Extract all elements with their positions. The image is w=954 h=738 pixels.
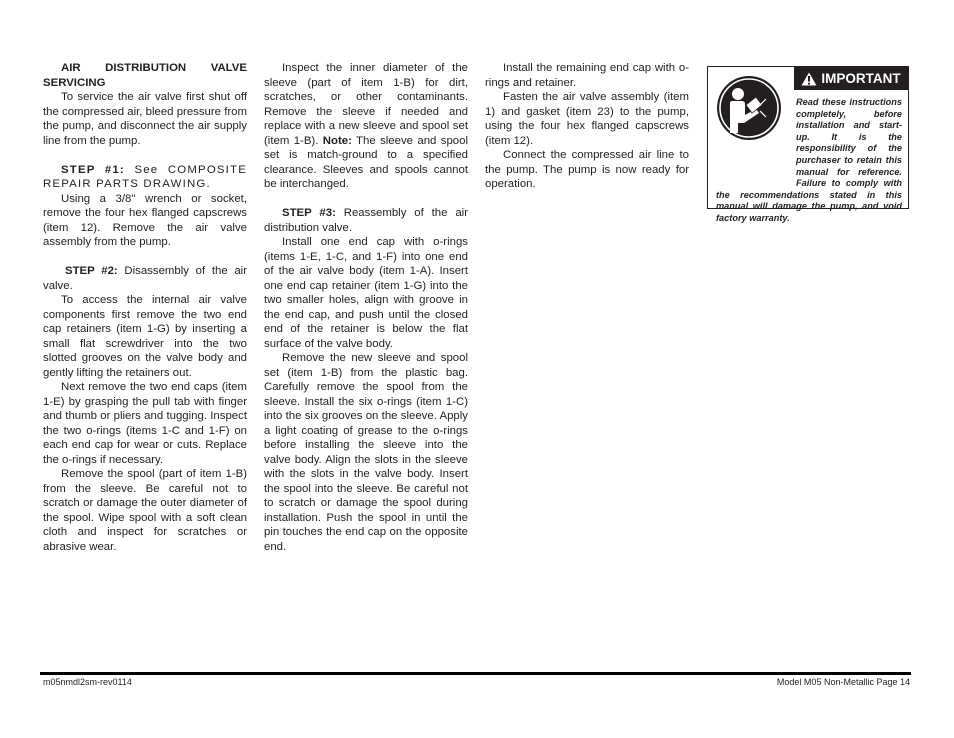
step-3-paragraph: Remove the new sleeve and spool set (ite… (264, 351, 468, 554)
warning-triangle-icon (801, 72, 817, 86)
page-label: Model M05 Non-Metallic Page 14 (777, 677, 910, 687)
column-3: Install the remaining end cap with o-rin… (485, 61, 689, 192)
step-1-body: Using a 3/8" wrench or socket, remove th… (43, 192, 247, 250)
document-id: m05nmdl2sm-rev0114 (43, 677, 132, 687)
step-2-paragraph: To access the internal air valve compone… (43, 293, 247, 380)
reassembly-paragraph: Install the remaining end cap with o-rin… (485, 61, 689, 90)
step-2-paragraph: Next remove the two end caps (item 1-E) … (43, 380, 247, 467)
step-3-paragraph: Install one end cap with o-rings (items … (264, 235, 468, 351)
step-2: STEP #2: Disassembly of the air valve. (43, 264, 247, 293)
important-header: IMPORTANT (794, 67, 908, 90)
step-3-label: STEP #3: (282, 207, 336, 219)
step-1-label: STEP #1: (61, 164, 125, 176)
column-2: Inspect the inner diameter of the sleeve… (264, 61, 468, 554)
footer-rule (40, 672, 911, 675)
step-1: STEP #1: See COMPOSITE REPAIR PARTS DRAW… (43, 163, 247, 192)
section-heading: AIR DISTRIBUTION VALVE SERVICING (43, 61, 247, 90)
step-2-paragraph: Remove the spool (part of item 1-B) from… (43, 467, 247, 554)
step-3: STEP #3: Reassembly of the air distribut… (264, 206, 468, 235)
column-1: AIR DISTRIBUTION VALVE SERVICING To serv… (43, 61, 247, 554)
intro-paragraph: To service the air valve first shut off … (43, 90, 247, 148)
step-2-label: STEP #2: (65, 265, 118, 277)
reassembly-paragraph: Fasten the air valve assembly (item 1) a… (485, 90, 689, 148)
inspect-paragraph: Inspect the inner diameter of the sleeve… (264, 61, 468, 192)
reassembly-paragraph: Connect the compressed air line to the p… (485, 148, 689, 192)
note-label: Note: (323, 135, 352, 147)
important-title: IMPORTANT (821, 71, 900, 86)
important-notice: IMPORTANT Read these instructions comple… (707, 66, 909, 209)
important-text: Read these instructions completely, befo… (716, 97, 902, 225)
